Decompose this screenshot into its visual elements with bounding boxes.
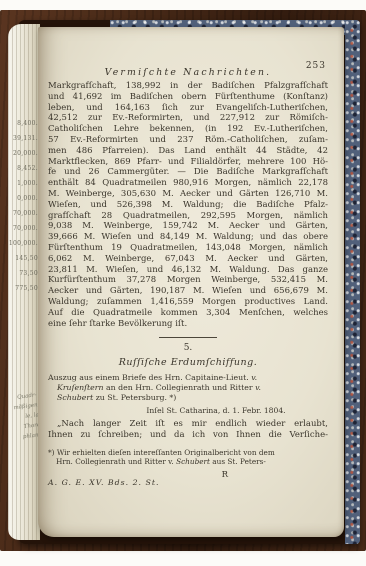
body-line: Fürſtenthum 19 Quadratmeilen, 143,048 Mo… [48,243,328,254]
edge-number-fragment: 70,000. [8,221,38,236]
edge-number-fragment: 70,000. [8,206,38,221]
body-line: Wieſen, und 526,398 M. Waldung; die Badi… [48,200,328,211]
byline-line-run: zu St. Petersburg. *) [93,393,176,402]
page-text-block: Vermiſchte Nachrichten. 253 Markgrafſcha… [48,60,328,481]
body-line: Markgrafſchaft, 138,992 in der Badiſchen… [48,81,328,92]
running-head: Vermiſchte Nachrichten. [105,67,272,78]
section-title: Ruſſiſche Erdumſchiffung. [48,357,328,368]
footnote: *) Wir erhielten dieſen intereſſanten Or… [48,448,328,466]
edge-number-fragment: 145,50 [8,251,38,266]
body-line: leben, und 164,163 ſich zur Evangeliſch-… [48,103,328,114]
byline-line-run: Auszug aus einem Briefe des Hrn. Capitai… [48,373,251,382]
body-line: Marktflecken, 869 Pfarr- und Filialdörfe… [48,157,328,168]
volume-signature: A. G. E. XV. Bds. 2. St. [48,478,159,487]
body-line: M. Weinberge, 305,630 M. Aecker und Gärt… [48,189,328,200]
letter-opening-paragraph: „Nach langer Zeit iſt es mir endlich wie… [48,419,328,441]
body-line: Catholiſchen Lehre bekennen, (in 192 Ev.… [48,124,328,135]
body-line: enthält 84 Quadratmeilen 980,916 Morgen,… [48,178,328,189]
body-paragraph: Markgrafſchaft, 138,992 in der Badiſchen… [48,81,328,329]
facing-page-text-fragments: Quadr-mäßigenle, laThorephlans [8,390,40,443]
body-line: 39,666 M. Wieſen und 84,149 M. Waldung; … [48,232,328,243]
body-line: fe und 26 Cammergüter. — Die Badiſche Ma… [48,167,328,178]
body-line: 6,062 M. Weinberge, 67,043 M. Aecker und… [48,254,328,265]
edge-number-fragment: 39,131. [8,131,38,146]
body-line: men 486 Pfarreien). Das Land enthält 44 … [48,146,328,157]
page-header: Vermiſchte Nachrichten. 253 [48,60,328,73]
edge-number-fragment: 20,000. [8,146,38,161]
byline-line: Schubert zu St. Petersburg. *) [57,393,328,403]
footnote-line-run: aus St. Peters- [210,457,266,466]
byline-line-run: v. [251,373,257,382]
gathering-signature-letter: R [222,470,228,480]
body-line: Auf die Quadratmeile kommen 3,304 Menſch… [48,308,328,319]
byline-line-run: v. [255,383,261,392]
section-divider-rule [159,337,217,338]
body-line: Waldung; zuſammen 1,416,559 Morgen produ… [48,297,328,308]
footnote-line-run: *) Wir erhielten dieſen intereſſanten Or… [48,448,275,457]
edge-number-fragment: 1,000. [8,176,38,191]
scanned-book-photo: 8,400.39,131.20,000.8,452.1,000.0,000.70… [0,0,366,566]
edge-number-fragment: 0,000. [8,191,38,206]
letter-line: Ihnen zu ſchreiben; und da ich von Ihnen… [48,430,328,441]
signature-row: A. G. E. XV. Bds. 2. St. R [48,470,328,481]
body-line: 42,512 zur Ev.-Reformirten, und 227,912 … [48,113,328,124]
facing-page-number-fragments: 8,400.39,131.20,000.8,452.1,000.0,000.70… [8,116,40,296]
article-byline: Auszug aus einem Briefe des Hrn. Capitai… [48,373,328,402]
body-line: und 41,692 im Badiſchen obern Fürſtenthu… [48,92,328,103]
marbled-cover-edge-right [345,20,360,544]
body-line: 57 Ev.-Reformirten und 237 Röm.-Catholiſ… [48,135,328,146]
edge-text-fragment: phlans [11,430,40,444]
byline-line-run: Schubert [57,393,93,402]
footnote-line: Hrn. Collegienrath und Ritter v. Schuber… [56,457,328,466]
edge-number-fragment: 73,50 [8,266,38,281]
book-page: Vermiſchte Nachrichten. 253 Markgrafſcha… [38,27,344,537]
edge-number-fragment: 8,452. [8,161,38,176]
edge-number-fragment: 100,000. [8,236,38,251]
edge-number-fragment: 8,400. [8,116,38,131]
byline-line: Kruſenſtern an den Hrn. Collegienrath un… [57,383,328,393]
letter-dateline: Inſel St. Catharina, d. 1. Febr. 1804. [48,406,328,415]
body-line: grafſchaft 28 Quadratmeilen, 292,595 Mor… [48,211,328,222]
body-line: 9,038 M. Weinberge, 159,742 M. Aecker un… [48,221,328,232]
page-stack-fore-edge: 8,400.39,131.20,000.8,452.1,000.0,000.70… [8,24,40,540]
section-number: 5. [48,343,328,353]
footnote-line-run: Schubert [176,457,210,466]
letter-line: „Nach langer Zeit iſt es mir endlich wie… [48,419,328,430]
edge-number-fragment: 775,50 [8,281,38,296]
page-number: 253 [306,61,326,71]
body-line: eine ſehr ſtarke Bevölkerung iſt. [48,319,328,330]
body-line: Aecker und Gärten, 190,187 M. Wieſen und… [48,286,328,297]
body-line: Kurfürſtenthum 37,278 Morgen Weinberge, … [48,275,328,286]
byline-line: Auszug aus einem Briefe des Hrn. Capitai… [48,373,328,383]
footnote-line-run: Hrn. Collegienrath und Ritter v. [56,457,176,466]
footnote-line: *) Wir erhielten dieſen intereſſanten Or… [48,448,328,457]
byline-line-run: an den Hrn. Collegienrath und Ritter [103,383,255,392]
byline-line-run: Kruſenſtern [57,383,103,392]
body-line: 23,811 M. Wieſen, und 46,132 M. Waldung.… [48,265,328,276]
